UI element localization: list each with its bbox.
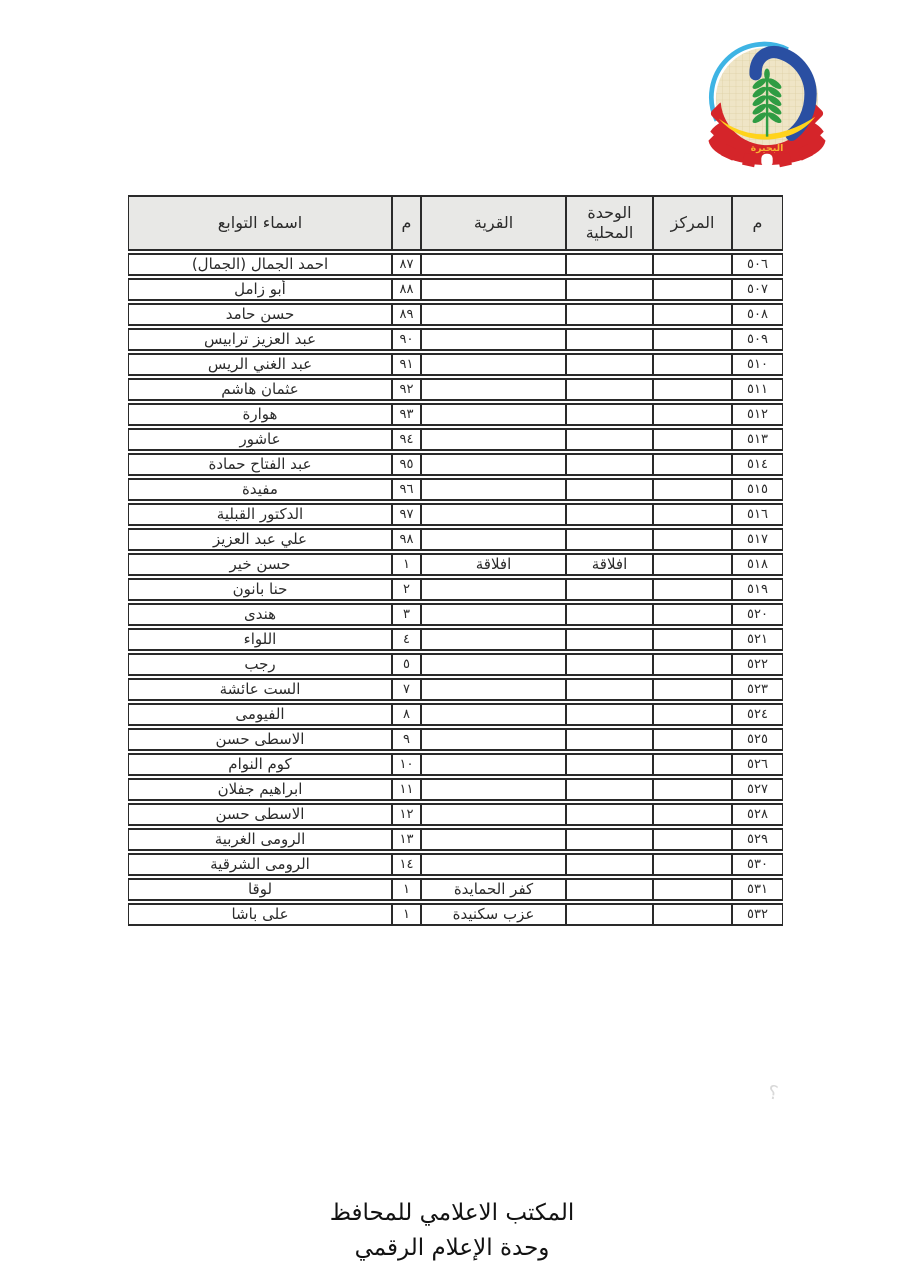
village-cell: عزب سكنيدة bbox=[421, 903, 566, 926]
name-cell: حنا بانون bbox=[128, 578, 392, 601]
serial-cell: ٥٠٦ bbox=[732, 253, 783, 276]
village-cell bbox=[421, 478, 566, 501]
serial-cell: ٥١٢ bbox=[732, 403, 783, 426]
table-row: ٥١٥٩٦مفيدة bbox=[128, 478, 783, 501]
num-cell: ٩١ bbox=[392, 353, 421, 376]
local-unit-cell bbox=[566, 453, 653, 476]
local-unit-cell bbox=[566, 353, 653, 376]
name-cell: الاسطى حسن bbox=[128, 803, 392, 826]
village-cell bbox=[421, 628, 566, 651]
markaz-cell bbox=[653, 903, 732, 926]
serial-cell: ٥٢١ bbox=[732, 628, 783, 651]
serial-cell: ٥١٥ bbox=[732, 478, 783, 501]
table-row: ٥٢٧١١ابراهيم جفلان bbox=[128, 778, 783, 801]
local-unit-cell: افلاقة bbox=[566, 553, 653, 576]
name-cell: لوقا bbox=[128, 878, 392, 901]
name-cell: أبو زامل bbox=[128, 278, 392, 301]
name-cell: علي عبد العزيز bbox=[128, 528, 392, 551]
name-cell: حسن خير bbox=[128, 553, 392, 576]
scanned-document-page: البحيرة م المركز الوحدة المحلية القرية م… bbox=[0, 0, 904, 1280]
num-cell: ٩٥ bbox=[392, 453, 421, 476]
table-row: ٥١٣٩٤عاشور bbox=[128, 428, 783, 451]
serial-cell: ٥٢٠ bbox=[732, 603, 783, 626]
num-cell: ١٢ bbox=[392, 803, 421, 826]
markaz-cell bbox=[653, 253, 732, 276]
local-unit-cell bbox=[566, 703, 653, 726]
village-cell bbox=[421, 328, 566, 351]
serial-cell: ٥١٦ bbox=[732, 503, 783, 526]
table-row: ٥٣١كفر الحمايدة١لوقا bbox=[128, 878, 783, 901]
num-cell: ٩٠ bbox=[392, 328, 421, 351]
markaz-cell bbox=[653, 503, 732, 526]
serial-cell: ٥٢٢ bbox=[732, 653, 783, 676]
table-row: ٥١٨افلاقةافلاقة١حسن خير bbox=[128, 553, 783, 576]
serial-cell: ٥١٩ bbox=[732, 578, 783, 601]
num-cell: ١٠ bbox=[392, 753, 421, 776]
num-cell: ٩٨ bbox=[392, 528, 421, 551]
table-row: ٥١٢٩٣هوارة bbox=[128, 403, 783, 426]
num-cell: ٩٣ bbox=[392, 403, 421, 426]
markaz-cell bbox=[653, 428, 732, 451]
local-unit-cell bbox=[566, 603, 653, 626]
serial-cell: ٥٢٧ bbox=[732, 778, 783, 801]
serial-cell: ٥٠٩ bbox=[732, 328, 783, 351]
name-cell: ابراهيم جفلان bbox=[128, 778, 392, 801]
num-cell: ٩٦ bbox=[392, 478, 421, 501]
local-unit-cell bbox=[566, 628, 653, 651]
local-unit-cell bbox=[566, 253, 653, 276]
markaz-cell bbox=[653, 453, 732, 476]
serial-cell: ٥١٣ bbox=[732, 428, 783, 451]
table-row: ٥٢٣٧الست عائشة bbox=[128, 678, 783, 701]
markaz-cell bbox=[653, 478, 732, 501]
local-unit-cell bbox=[566, 678, 653, 701]
markaz-cell bbox=[653, 828, 732, 851]
table-row: ٥١١٩٢عثمان هاشم bbox=[128, 378, 783, 401]
local-unit-cell bbox=[566, 378, 653, 401]
local-unit-cell bbox=[566, 503, 653, 526]
name-cell: كوم النوام bbox=[128, 753, 392, 776]
village-cell bbox=[421, 253, 566, 276]
col-header-local-unit: الوحدة المحلية bbox=[566, 195, 653, 251]
table-row: ٥١٩٢حنا بانون bbox=[128, 578, 783, 601]
local-unit-cell bbox=[566, 828, 653, 851]
local-unit-cell bbox=[566, 653, 653, 676]
markaz-cell bbox=[653, 278, 732, 301]
markaz-cell bbox=[653, 403, 732, 426]
serial-cell: ٥١٧ bbox=[732, 528, 783, 551]
num-cell: ٩٢ bbox=[392, 378, 421, 401]
markaz-cell bbox=[653, 603, 732, 626]
table-row: ٥١٦٩٧الدكتور القبلية bbox=[128, 503, 783, 526]
name-cell: هوارة bbox=[128, 403, 392, 426]
table-row: ٥٠٨٨٩حسن حامد bbox=[128, 303, 783, 326]
markaz-cell bbox=[653, 678, 732, 701]
name-cell: عاشور bbox=[128, 428, 392, 451]
col-header-markaz: المركز bbox=[653, 195, 732, 251]
serial-cell: ٥١٤ bbox=[732, 453, 783, 476]
table-row: ٥٢٨١٢الاسطى حسن bbox=[128, 803, 783, 826]
num-cell: ٨٨ bbox=[392, 278, 421, 301]
name-cell: احمد الجمال (الجمال) bbox=[128, 253, 392, 276]
village-cell bbox=[421, 403, 566, 426]
num-cell: ١ bbox=[392, 553, 421, 576]
serial-cell: ٥١١ bbox=[732, 378, 783, 401]
serial-cell: ٥١٨ bbox=[732, 553, 783, 576]
gear-bottom-notch bbox=[761, 154, 772, 167]
local-unit-cell bbox=[566, 853, 653, 876]
local-unit-cell bbox=[566, 278, 653, 301]
markaz-cell bbox=[653, 878, 732, 901]
serial-cell: ٥١٠ bbox=[732, 353, 783, 376]
table-row: ٥٢٠٣هندى bbox=[128, 603, 783, 626]
name-cell: اللواء bbox=[128, 628, 392, 651]
name-cell: الرومى الشرقية bbox=[128, 853, 392, 876]
village-cell bbox=[421, 528, 566, 551]
markaz-cell bbox=[653, 653, 732, 676]
footer-line-digital-media-unit: وحدة الإعلام الرقمي bbox=[0, 1231, 904, 1266]
footer: المكتب الاعلامي للمحافظ وحدة الإعلام الر… bbox=[0, 1196, 904, 1266]
village-cell bbox=[421, 353, 566, 376]
table-row: ٥٠٩٩٠عبد العزيز ترابيس bbox=[128, 328, 783, 351]
local-unit-cell bbox=[566, 753, 653, 776]
village-cell bbox=[421, 303, 566, 326]
name-cell: الدكتور القبلية bbox=[128, 503, 392, 526]
local-unit-cell bbox=[566, 428, 653, 451]
table-row: ٥١٧٩٨علي عبد العزيز bbox=[128, 528, 783, 551]
serial-cell: ٥٢٤ bbox=[732, 703, 783, 726]
local-unit-cell bbox=[566, 578, 653, 601]
num-cell: ٨٧ bbox=[392, 253, 421, 276]
name-cell: على باشا bbox=[128, 903, 392, 926]
village-cell bbox=[421, 778, 566, 801]
table-row: ٥٢٢٥رجب bbox=[128, 653, 783, 676]
table-row: ٥٠٦٨٧احمد الجمال (الجمال) bbox=[128, 253, 783, 276]
village-cell bbox=[421, 603, 566, 626]
name-cell: الرومى الغربية bbox=[128, 828, 392, 851]
table-body: ٥٠٦٨٧احمد الجمال (الجمال)٥٠٧٨٨أبو زامل٥٠… bbox=[128, 253, 783, 926]
beheira-governorate-logo: البحيرة bbox=[696, 40, 838, 168]
serial-cell: ٥٢٨ bbox=[732, 803, 783, 826]
local-unit-cell bbox=[566, 803, 653, 826]
markaz-cell bbox=[653, 328, 732, 351]
village-cell bbox=[421, 578, 566, 601]
markaz-cell bbox=[653, 528, 732, 551]
markaz-cell bbox=[653, 753, 732, 776]
local-unit-cell bbox=[566, 728, 653, 751]
table-row: ٥٢١٤اللواء bbox=[128, 628, 783, 651]
local-unit-cell bbox=[566, 878, 653, 901]
markaz-cell bbox=[653, 353, 732, 376]
num-cell: ٩٧ bbox=[392, 503, 421, 526]
col-header-village: القرية bbox=[421, 195, 566, 251]
serial-cell: ٥٣٠ bbox=[732, 853, 783, 876]
markaz-cell bbox=[653, 303, 732, 326]
village-cell bbox=[421, 653, 566, 676]
registry-table: م المركز الوحدة المحلية القرية م اسماء ا… bbox=[128, 193, 783, 928]
markaz-cell bbox=[653, 378, 732, 401]
num-cell: ٧ bbox=[392, 678, 421, 701]
markaz-cell bbox=[653, 778, 732, 801]
serial-cell: ٥٣٢ bbox=[732, 903, 783, 926]
table-header: م المركز الوحدة المحلية القرية م اسماء ا… bbox=[128, 195, 783, 251]
table-row: ٥٣٢عزب سكنيدة١على باشا bbox=[128, 903, 783, 926]
num-cell: ١١ bbox=[392, 778, 421, 801]
logo-caption: البحيرة bbox=[751, 143, 784, 154]
table-row: ٥١٠٩١عبد الغني الريس bbox=[128, 353, 783, 376]
name-cell: عبد الغني الريس bbox=[128, 353, 392, 376]
local-unit-cell bbox=[566, 303, 653, 326]
village-cell bbox=[421, 453, 566, 476]
village-cell bbox=[421, 678, 566, 701]
village-cell bbox=[421, 278, 566, 301]
local-unit-cell bbox=[566, 403, 653, 426]
table-row: ٥٢٦١٠كوم النوام bbox=[128, 753, 783, 776]
table-row: ٥٢٩١٣الرومى الغربية bbox=[128, 828, 783, 851]
table-row: ٥١٤٩٥عبد الفتاح حمادة bbox=[128, 453, 783, 476]
village-cell: افلاقة bbox=[421, 553, 566, 576]
village-cell bbox=[421, 803, 566, 826]
markaz-cell bbox=[653, 703, 732, 726]
name-cell: رجب bbox=[128, 653, 392, 676]
col-header-names: اسماء التوابع bbox=[128, 195, 392, 251]
name-cell: حسن حامد bbox=[128, 303, 392, 326]
serial-cell: ٥٢٩ bbox=[732, 828, 783, 851]
table-row: ٥٢٤٨الفيومى bbox=[128, 703, 783, 726]
footer-line-media-office: المكتب الاعلامي للمحافظ bbox=[0, 1196, 904, 1231]
num-cell: ٩ bbox=[392, 728, 421, 751]
serial-cell: ٥٢٥ bbox=[732, 728, 783, 751]
local-unit-cell bbox=[566, 903, 653, 926]
num-cell: ٨٩ bbox=[392, 303, 421, 326]
markaz-cell bbox=[653, 853, 732, 876]
local-unit-cell bbox=[566, 778, 653, 801]
num-cell: ٤ bbox=[392, 628, 421, 651]
village-cell bbox=[421, 828, 566, 851]
num-cell: ١٣ bbox=[392, 828, 421, 851]
num-cell: ١ bbox=[392, 903, 421, 926]
name-cell: مفيدة bbox=[128, 478, 392, 501]
local-unit-cell bbox=[566, 328, 653, 351]
village-cell: كفر الحمايدة bbox=[421, 878, 566, 901]
num-cell: ٩٤ bbox=[392, 428, 421, 451]
num-cell: ٥ bbox=[392, 653, 421, 676]
markaz-cell bbox=[653, 803, 732, 826]
name-cell: عثمان هاشم bbox=[128, 378, 392, 401]
table-row: ٥٢٥٩الاسطى حسن bbox=[128, 728, 783, 751]
name-cell: هندى bbox=[128, 603, 392, 626]
stray-scan-mark: ؟ bbox=[767, 1081, 780, 1104]
local-unit-cell bbox=[566, 478, 653, 501]
serial-cell: ٥٣١ bbox=[732, 878, 783, 901]
num-cell: ٢ bbox=[392, 578, 421, 601]
name-cell: الست عائشة bbox=[128, 678, 392, 701]
table-row: ٥٣٠١٤الرومى الشرقية bbox=[128, 853, 783, 876]
markaz-cell bbox=[653, 728, 732, 751]
num-cell: ٨ bbox=[392, 703, 421, 726]
table-row: ٥٠٧٨٨أبو زامل bbox=[128, 278, 783, 301]
village-cell bbox=[421, 853, 566, 876]
markaz-cell bbox=[653, 578, 732, 601]
serial-cell: ٥٢٦ bbox=[732, 753, 783, 776]
col-header-num: م bbox=[392, 195, 421, 251]
village-cell bbox=[421, 703, 566, 726]
name-cell: الاسطى حسن bbox=[128, 728, 392, 751]
village-cell bbox=[421, 378, 566, 401]
name-cell: عبد العزيز ترابيس bbox=[128, 328, 392, 351]
markaz-cell bbox=[653, 553, 732, 576]
num-cell: ١٤ bbox=[392, 853, 421, 876]
serial-cell: ٥٠٨ bbox=[732, 303, 783, 326]
village-cell bbox=[421, 753, 566, 776]
header-row: م المركز الوحدة المحلية القرية م اسماء ا… bbox=[128, 195, 783, 251]
num-cell: ١ bbox=[392, 878, 421, 901]
name-cell: الفيومى bbox=[128, 703, 392, 726]
village-cell bbox=[421, 503, 566, 526]
serial-cell: ٥٠٧ bbox=[732, 278, 783, 301]
col-header-serial: م bbox=[732, 195, 783, 251]
name-cell: عبد الفتاح حمادة bbox=[128, 453, 392, 476]
serial-cell: ٥٢٣ bbox=[732, 678, 783, 701]
num-cell: ٣ bbox=[392, 603, 421, 626]
local-unit-cell bbox=[566, 528, 653, 551]
village-cell bbox=[421, 728, 566, 751]
markaz-cell bbox=[653, 628, 732, 651]
village-cell bbox=[421, 428, 566, 451]
